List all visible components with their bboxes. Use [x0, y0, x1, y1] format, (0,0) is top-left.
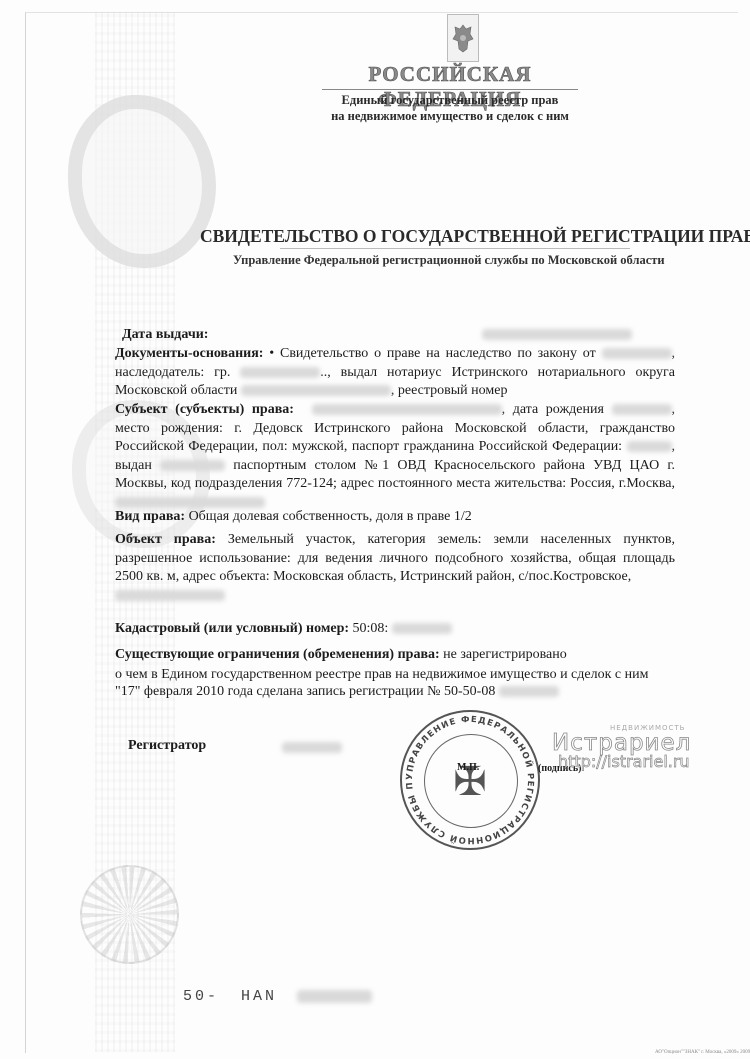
header-subtitle-line2: на недвижимое имущество и сделок с ним [320, 108, 580, 124]
object-label: Объект права: [115, 532, 216, 547]
form-serial-number: 50- НАN [183, 988, 372, 1005]
subject-row: Субъект (субъекты) права: , дата рождени… [115, 401, 675, 512]
redacted-birth-date [612, 404, 672, 415]
official-seal: ✠ УПРАВЛЕНИЕ ФЕДЕРАЛЬНОЙ РЕГИСТРАЦИОННОЙ… [400, 710, 540, 850]
redacted-registrar-name [282, 742, 342, 753]
registrar-label: Регистратор [128, 738, 206, 754]
redacted-passport-number [627, 441, 672, 452]
redacted-cadastral-number [392, 623, 452, 634]
redacted-record-number [499, 686, 559, 697]
redacted-issue-date [482, 329, 632, 340]
redacted-owner-name [312, 404, 502, 415]
right-type-value: Общая долевая собственность, доля в прав… [189, 509, 472, 524]
restrictions-label: Существующие ограничения (обременения) п… [115, 647, 440, 662]
subject-label: Субъект (субъекты) права: [115, 402, 294, 417]
serial-series: НАN [241, 988, 277, 1005]
birth-date-label: , дата рождения [502, 402, 604, 417]
notary-text: .., выдал нотариус Истринского нотариаль… [320, 365, 675, 380]
restrictions-row: Существующие ограничения (обременения) п… [115, 646, 715, 665]
redacted-serial-number [297, 990, 372, 1003]
redacted-testator-name [240, 367, 320, 378]
documents-basis-row: Документы-основания: • Свидетельство о п… [115, 345, 675, 401]
record-number-text: "17" февраля 2010 года сделана запись ре… [115, 684, 495, 699]
certificate-divider [280, 248, 630, 249]
registry-number-label: , реестровый номер [391, 383, 508, 398]
region-text: Московской области [115, 383, 237, 398]
stamp-place-label: М.П. [457, 762, 479, 773]
comma: , [672, 346, 676, 361]
printer-imprint: АО"Опцион""ЗНАК" г. Москва, «2009» 2009г… [655, 1050, 750, 1055]
certificate-title: СВИДЕТЕЛЬСТВО О ГОСУДАРСТВЕННОЙ РЕГИСТРА… [200, 226, 720, 247]
restrictions-value: не зарегистрировано [443, 647, 567, 662]
cadastral-value: 50:08: [353, 621, 389, 636]
redacted-issue-date [160, 460, 225, 471]
redacted-object-address [115, 590, 225, 601]
svg-text:УПРАВЛЕНИЕ ФЕДЕРАЛЬНОЙ РЕГИСТР: УПРАВЛЕНИЕ ФЕДЕРАЛЬНОЙ РЕГИСТРАЦИОННОЙ С… [400, 710, 536, 846]
comma: , [672, 402, 676, 417]
watermark-url: http://istrariel.ru [558, 752, 690, 771]
header-subtitle: Единый государственный реестр прав на не… [320, 92, 580, 124]
header-subtitle-line1: Единый государственный реестр прав [320, 92, 580, 108]
right-type-label: Вид права: [115, 509, 185, 524]
issue-date-row: Дата выдачи: [122, 326, 682, 345]
certificate-issuer: Управление Федеральной регистрационной с… [233, 253, 665, 268]
redacted-date [602, 348, 672, 359]
decorative-rosette [80, 865, 179, 964]
serial-prefix: 50- [183, 988, 219, 1005]
cadastral-row: Кадастровый (или условный) номер: 50:08: [115, 620, 675, 639]
documents-basis-label: Документы-основания: [115, 346, 263, 361]
birth-place-text: место рождения: г. Дедовск Истринского р… [115, 421, 675, 455]
issue-date-label: Дата выдачи: [122, 327, 208, 342]
cadastral-label: Кадастровый (или условный) номер: [115, 621, 349, 636]
header-divider [322, 89, 578, 90]
testator-label: наследодатель: гр. [115, 365, 230, 380]
documents-basis-text: • Свидетельство о праве на наследство по… [269, 346, 595, 361]
record-line-1: о чем в Едином государственном реестре п… [115, 666, 715, 685]
right-type-row: Вид права: Общая долевая собственность, … [115, 508, 675, 527]
object-row: Объект права: Земельный участок, категор… [115, 531, 675, 605]
seal-text-ring: УПРАВЛЕНИЕ ФЕДЕРАЛЬНОЙ РЕГИСТРАЦИОННОЙ С… [400, 710, 540, 850]
record-line-2: "17" февраля 2010 года сделана запись ре… [115, 683, 715, 702]
redacted-notary-name [241, 385, 391, 396]
redacted-address [115, 497, 265, 508]
coat-of-arms-icon [447, 14, 479, 62]
